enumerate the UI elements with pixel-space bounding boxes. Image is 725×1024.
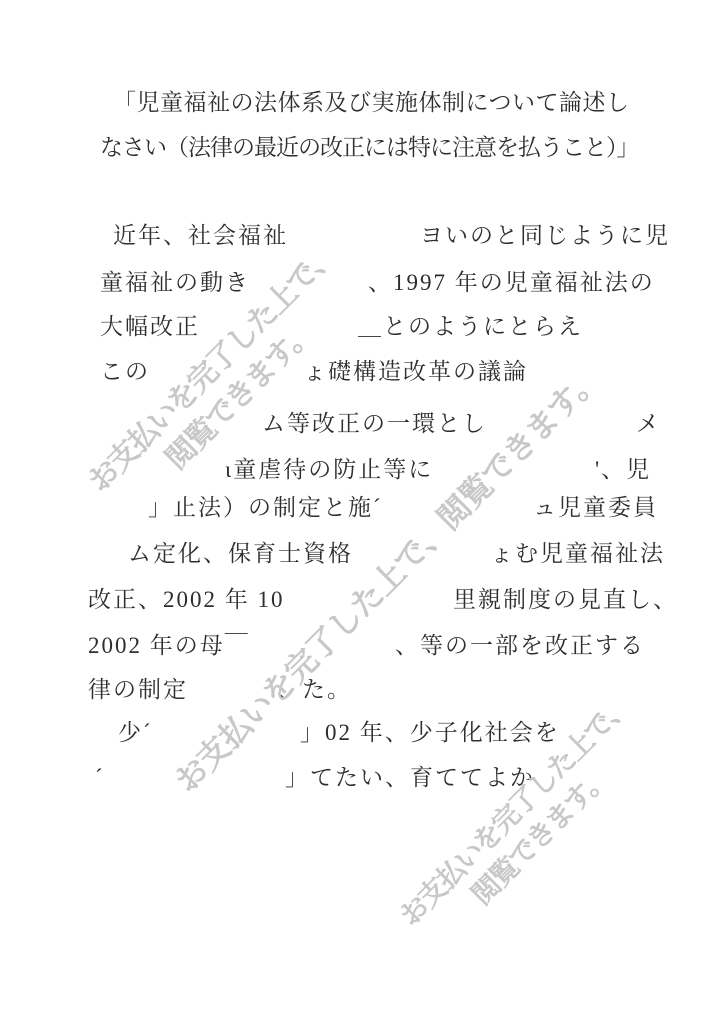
text-segment: 、た。: [277, 676, 352, 704]
payment-watermark-line: 閲覧できます。: [418, 714, 664, 960]
text-segment: '、児: [595, 456, 651, 484]
text-segment: なさい（法律の最近の改正には特に注意を払うこと）」: [100, 134, 639, 162]
payment-watermark-line: 閲覧できます。: [107, 263, 372, 528]
text-segment: ょむ児童福祉法: [490, 540, 665, 568]
body-line: 近年、社会福祉ヨいのと同じように児: [0, 222, 725, 252]
text-segment: 近年、社会福祉: [113, 222, 288, 250]
body-line: ム定化、保育士資格ょむ児童福祉法: [0, 540, 725, 570]
text-segment: ´: [95, 764, 105, 792]
text-segment: 少´: [118, 719, 153, 747]
text-segment: ょ礎構造改革の議論: [303, 358, 528, 386]
text-segment: ＿とのようにとらえ: [358, 313, 583, 341]
text-segment: 」02 年、少子化社会を: [300, 719, 560, 747]
text-segment: この: [100, 358, 150, 386]
text-segment: 改正、2002 年 10: [88, 586, 285, 614]
text-segment: ム定化、保育士資格: [128, 540, 353, 568]
text-segment: 里親制度の見直し、: [453, 586, 678, 614]
text-segment: ュ児童委員: [533, 494, 658, 522]
body-line: ム等改正の一環としメ: [0, 410, 725, 440]
text-segment: ι童虐待の防止等に: [225, 456, 433, 484]
text-segment: メ: [636, 410, 661, 438]
body-line: ι童虐待の防止等に'、児: [0, 456, 725, 486]
text-segment: 、等の一部を改正する: [395, 632, 645, 660]
text-segment: 童福祉の動き: [100, 269, 250, 297]
text-segment: 」てたい、育ててよか: [285, 764, 535, 792]
body-line: 大幅改正＿とのようにとらえ: [0, 313, 725, 343]
text-segment: ヨいのと同じように児: [420, 222, 670, 250]
text-segment: 」止法）の制定と施´: [148, 494, 383, 522]
body-line: 改正、2002 年 10里親制度の見直し、: [0, 586, 725, 616]
body-line: ´」てたい、育ててよか: [0, 764, 725, 794]
body-line: 少´」02 年、少子化社会を: [0, 719, 725, 749]
body-line: 律の制定、た。: [0, 676, 725, 706]
text-segment: 律の制定: [88, 676, 188, 704]
scanned-document-page: 「児童福祉の法体系及び実施体制について論述しなさい（法律の最近の改正には特に注意…: [0, 0, 725, 1024]
text-segment: 「児童福祉の法体系及び実施体制について論述し: [113, 89, 630, 117]
body-line: このょ礎構造改革の議論: [0, 358, 725, 388]
title-line-1: 「児童福祉の法体系及び実施体制について論述し: [0, 89, 725, 119]
body-line: 童福祉の動き、1997 年の児童福祉法の: [0, 269, 725, 299]
text-segment: 2002 年の母￣: [88, 632, 250, 660]
body-line: 」止法）の制定と施´ュ児童委員: [0, 494, 725, 524]
body-line: 2002 年の母￣、等の一部を改正する: [0, 632, 725, 662]
text-segment: ム等改正の一環とし: [262, 410, 487, 438]
text-segment: 大幅改正: [100, 313, 200, 341]
text-segment: 、1997 年の児童福祉法の: [368, 269, 655, 297]
title-line-2: なさい（法律の最近の改正には特に注意を払うこと）」: [0, 134, 725, 164]
